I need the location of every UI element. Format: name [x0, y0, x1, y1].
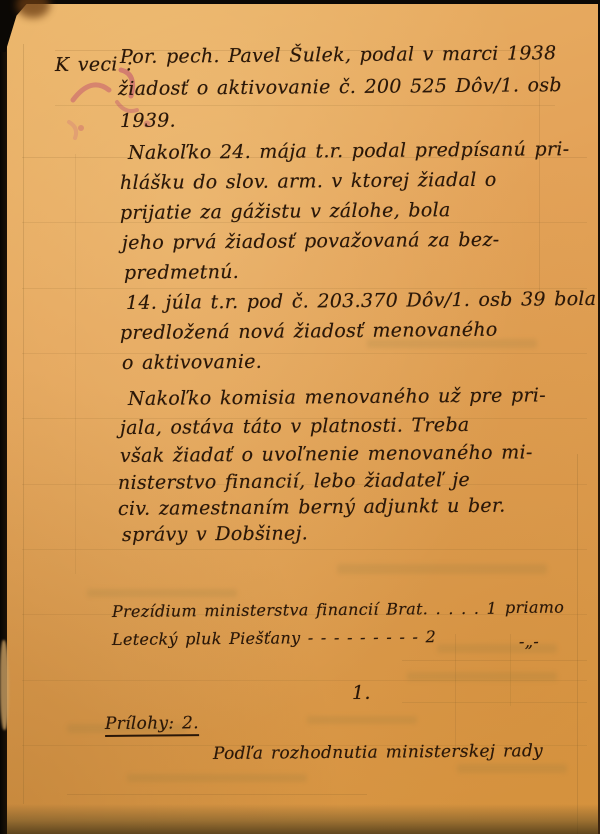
body-line: predložená nová žiadosť menovaného — [120, 319, 498, 344]
scanned-archival-page: K veci : Por. pech. Pavel Šulek, podal v… — [0, 0, 600, 834]
distribution-mode: -„- — [519, 632, 539, 651]
body-line: správy v Dobšinej. — [122, 522, 308, 546]
ruled-line — [22, 549, 587, 550]
bleedthrough-text — [307, 716, 417, 724]
body-line: Nakoľko komisia menovaného už pre pri- — [128, 384, 546, 410]
ruled-line — [22, 353, 587, 354]
bleedthrough-text — [87, 589, 237, 597]
body-line: Por. pech. Pavel Šulek, podal v marci 19… — [120, 42, 557, 68]
body-line: nisterstvo financií, lebo žiadateľ je — [118, 469, 470, 494]
ruled-line — [402, 660, 587, 661]
distribution-recipient: Prezídium ministerstva financií Brat. . … — [112, 599, 497, 621]
body-line: jala, ostáva táto v platnosti. Treba — [120, 414, 470, 439]
bleedthrough-text — [337, 564, 547, 574]
distribution-recipient: Letecký pluk Piešťany - - - - - - - - - … — [112, 627, 436, 649]
body-line: hlášku do slov. arm. v ktorej žiadal o — [120, 169, 497, 194]
ruled-line — [67, 794, 367, 795]
page-number: 1. — [352, 682, 371, 704]
ruled-line — [75, 154, 76, 574]
bleedthrough-text — [127, 774, 307, 782]
ruled-line — [402, 702, 587, 703]
ruled-line — [577, 454, 578, 834]
body-line: 1939. — [120, 110, 176, 132]
footer-line: Podľa rozhodnutia ministerskej rady — [213, 741, 543, 764]
ruled-line — [23, 44, 24, 804]
body-line: jeho prvá žiadosť považovaná za bez- — [122, 229, 500, 254]
bleedthrough-text — [457, 764, 567, 773]
body-line: prijatie za gážistu v zálohe, bola — [120, 199, 451, 224]
distribution-mode: priamo — [505, 597, 564, 617]
body-line: 14. júla t.r. pod č. 203.370 Dôv/1. osb … — [126, 288, 597, 314]
body-line: žiadosť o aktivovanie č. 200 525 Dôv/1. … — [118, 74, 562, 100]
body-line: civ. zamestnaním berný adjunkt u ber. — [118, 495, 506, 520]
page-bottom-shadow — [7, 804, 598, 834]
body-line: Nakoľko 24. mája t.r. podal predpísanú p… — [128, 138, 570, 164]
body-line: o aktivovanie. — [122, 351, 262, 374]
document-page: K veci : Por. pech. Pavel Šulek, podal v… — [7, 4, 598, 834]
body-line: však žiadať o uvoľnenie menovaného mi- — [120, 441, 533, 467]
body-line: predmetnú. — [124, 261, 239, 284]
attachments-label: Prílohy: 2. — [105, 713, 199, 737]
scan-edge-top — [0, 0, 600, 4]
bleedthrough-text — [407, 672, 557, 681]
